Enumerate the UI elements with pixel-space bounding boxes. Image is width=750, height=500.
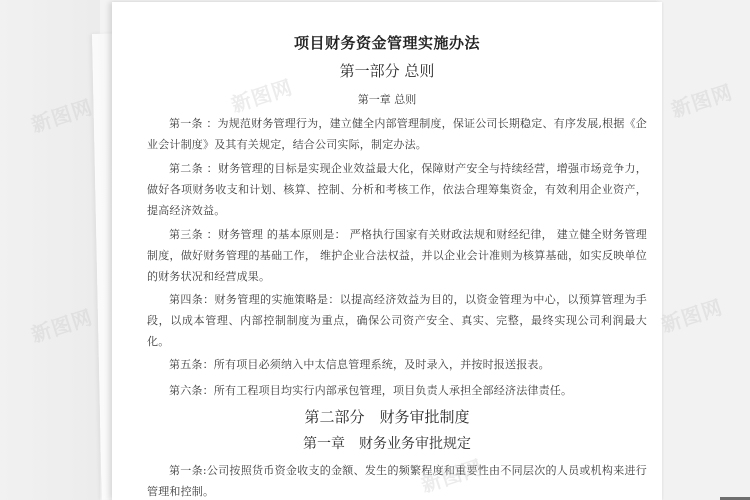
article-3: 第三条 ：财务管理 的基本原则是： 严格执行国家有关财政法规和财经纪律， 建立健… (147, 224, 647, 287)
chapter-heading-1: 第一章 总则 (112, 91, 662, 107)
article-5: 第五条：所有项目必须纳入中太信息管理系统，及时录入，并按时报送报表。 (147, 354, 647, 375)
chapter-heading-2: 第一章 财务业务审批规定 (112, 433, 662, 453)
article-2: 第二条 ：财务管理的目标是实现企业效益最大化，保障财产安全与持续经营，增强市场竞… (147, 158, 647, 221)
article-1: 第一条 ：为规范财务管理行为，建立健全内部管理制度，保证公司长期稳定、有序发展,… (147, 113, 647, 155)
background-left (0, 0, 100, 500)
document-content: 项目财务资金管理实施办法 第一部分 总则 第一章 总则 第一条 ：为规范财务管理… (112, 2, 662, 500)
background-right (662, 0, 750, 500)
document-title: 项目财务资金管理实施办法 (112, 32, 662, 53)
document-page: 项目财务资金管理实施办法 第一部分 总则 第一章 总则 第一条 ：为规范财务管理… (112, 2, 662, 500)
article-6: 第六条：所有工程项目均实行内部承包管理，项目负责人承担全部经济法律责任。 (147, 380, 647, 401)
article-part2-1: 第一条:公司按照货币资金收支的金额、发生的频繁程度和重要性由不同层次的人员或机构… (147, 460, 647, 500)
article-4: 第四条：财务管理的实施策略是：以提高经济效益为目的，以资金管理为中心，以预算管理… (147, 289, 647, 352)
part-heading-1: 第一部分 总则 (112, 60, 662, 81)
part-heading-2: 第二部分 财务审批制度 (112, 406, 662, 427)
